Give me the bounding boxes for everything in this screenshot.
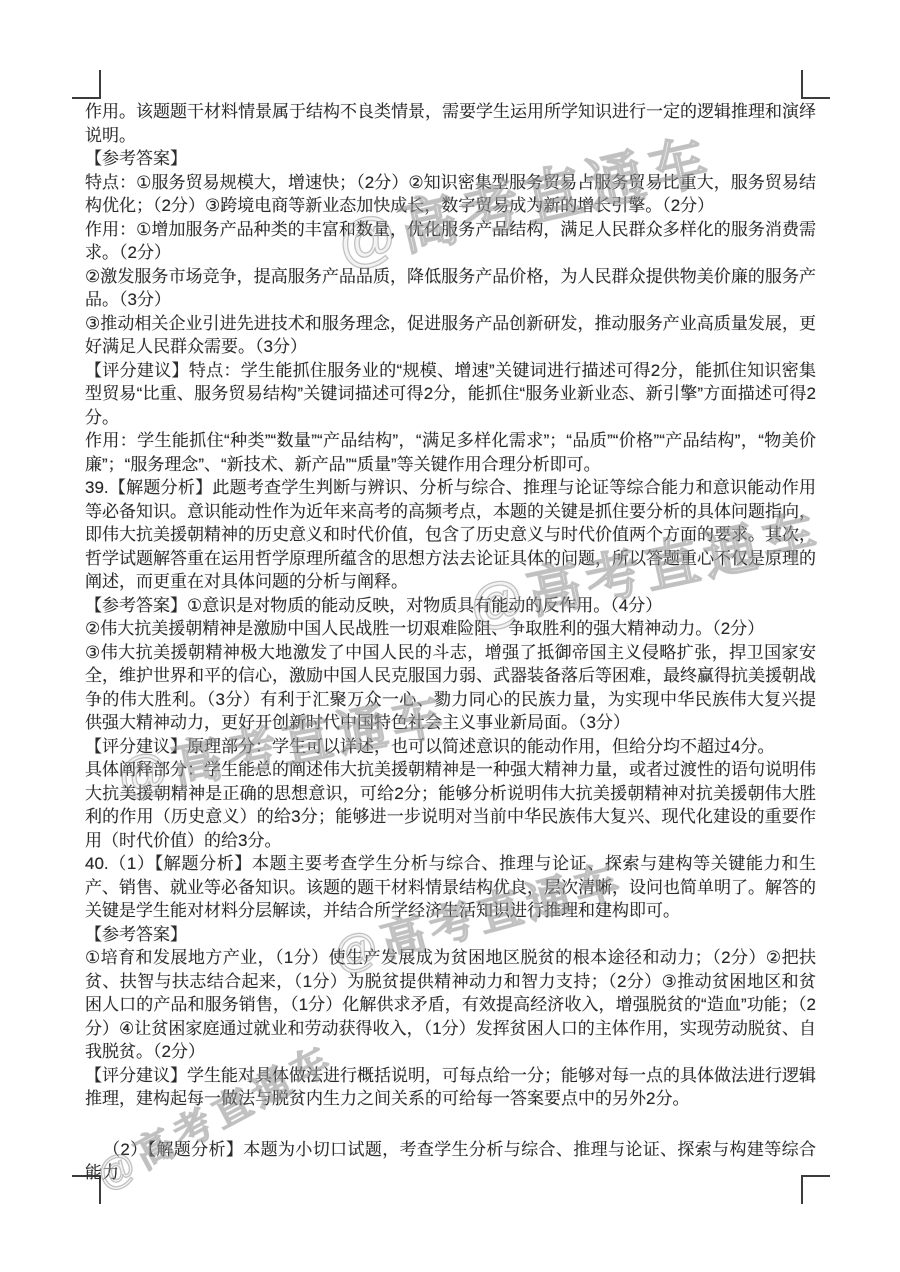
paragraph-ref-answer-header: 【参考答案】 <box>85 147 816 171</box>
paragraph-q40-2-analysis: （2）【解题分析】本题为小切口试题，考查学生分析与综合、推理与论证、探索与构建等… <box>85 1138 816 1185</box>
paragraph-effect-3: ③推动相关企业引进先进技术和服务理念，促进服务产品创新研发，推动服务产业高质量发… <box>85 312 816 359</box>
crop-mark-top-right <box>801 70 830 99</box>
paragraph-q40-answer: ①培育和发展地方产业，（1分）使生产发展成为贫困地区脱贫的根本途径和动力；（2分… <box>85 946 816 1064</box>
paragraph-scoring-advice-38b: 作用：学生能抓住“种类”“数量”“产品结构”，“满足多样化需求”；“品质”“价格… <box>85 429 816 476</box>
paragraph-q40-scoring: 【评分建议】学生能对具体做法进行概括说明，可每点给一分；能够对每一点的具体做法进… <box>85 1064 816 1111</box>
paragraph-q39-answer-1: 【参考答案】①意识是对物质的能动反映，对物质具有能动的反作用。（4分） <box>85 594 816 618</box>
paragraph-q39-analysis: 39.【解题分析】此题考查学生判断与辨识、分析与综合、推理与论证等综合能力和意识… <box>85 476 816 594</box>
paragraph-q39-scoring-1: 【评分建议】原理部分：学生可以详述，也可以简述意识的能动作用，但给分均不超过4分… <box>85 735 816 759</box>
crop-mark-top-left <box>72 70 101 99</box>
paragraph-q40-1-analysis: 40.（1）【解题分析】本题主要考查学生分析与综合、推理与论证、探索与建构等关键… <box>85 852 816 923</box>
paragraph-effect-1: 作用：①增加服务产品种类的丰富和数量，优化服务产品结构，满足人民群众多样化的服务… <box>85 218 816 265</box>
paragraph-features: 特点：①服务贸易规模大，增速快；（2分）②知识密集型服务贸易占服务贸易比重大，服… <box>85 171 816 218</box>
answer-text-block: 作用。该题题干材料情景属于结构不良类情景，需要学生运用所学知识进行一定的逻辑推理… <box>85 100 816 1185</box>
paragraph-effect-2: ②激发服务市场竞争，提高服务产品品质，降低服务产品价格，为人民群众提供物美价廉的… <box>85 265 816 312</box>
paragraph-intro-tail: 作用。该题题干材料情景属于结构不良类情景，需要学生运用所学知识进行一定的逻辑推理… <box>85 100 816 147</box>
paragraph-q40-ref-header: 【参考答案】 <box>85 923 816 947</box>
paragraph-q39-scoring-2: 具体阐释部分：学生能总的阐述伟大抗美援朝精神是一种强大精神力量，或者过渡性的语句… <box>85 758 816 852</box>
paragraph-q39-answer-2: ②伟大抗美援朝精神是激励中国人民战胜一切艰难险阻、争取胜利的强大精神动力。（2分… <box>85 617 816 641</box>
answer-sheet-page: @高考直通车 @高考直通车 @高考直通车 @高考直通车 @高考直通车 作用。该题… <box>0 0 900 1272</box>
paragraph-q39-answer-3: ③伟大抗美援朝精神极大地激发了中国人民的斗志，增强了抵御帝国主义侵略扩张，捍卫国… <box>85 641 816 735</box>
paragraph-scoring-advice-38: 【评分建议】特点：学生能抓住服务业的“规模、增速”关键词进行描述可得2分，能抓住… <box>85 359 816 430</box>
